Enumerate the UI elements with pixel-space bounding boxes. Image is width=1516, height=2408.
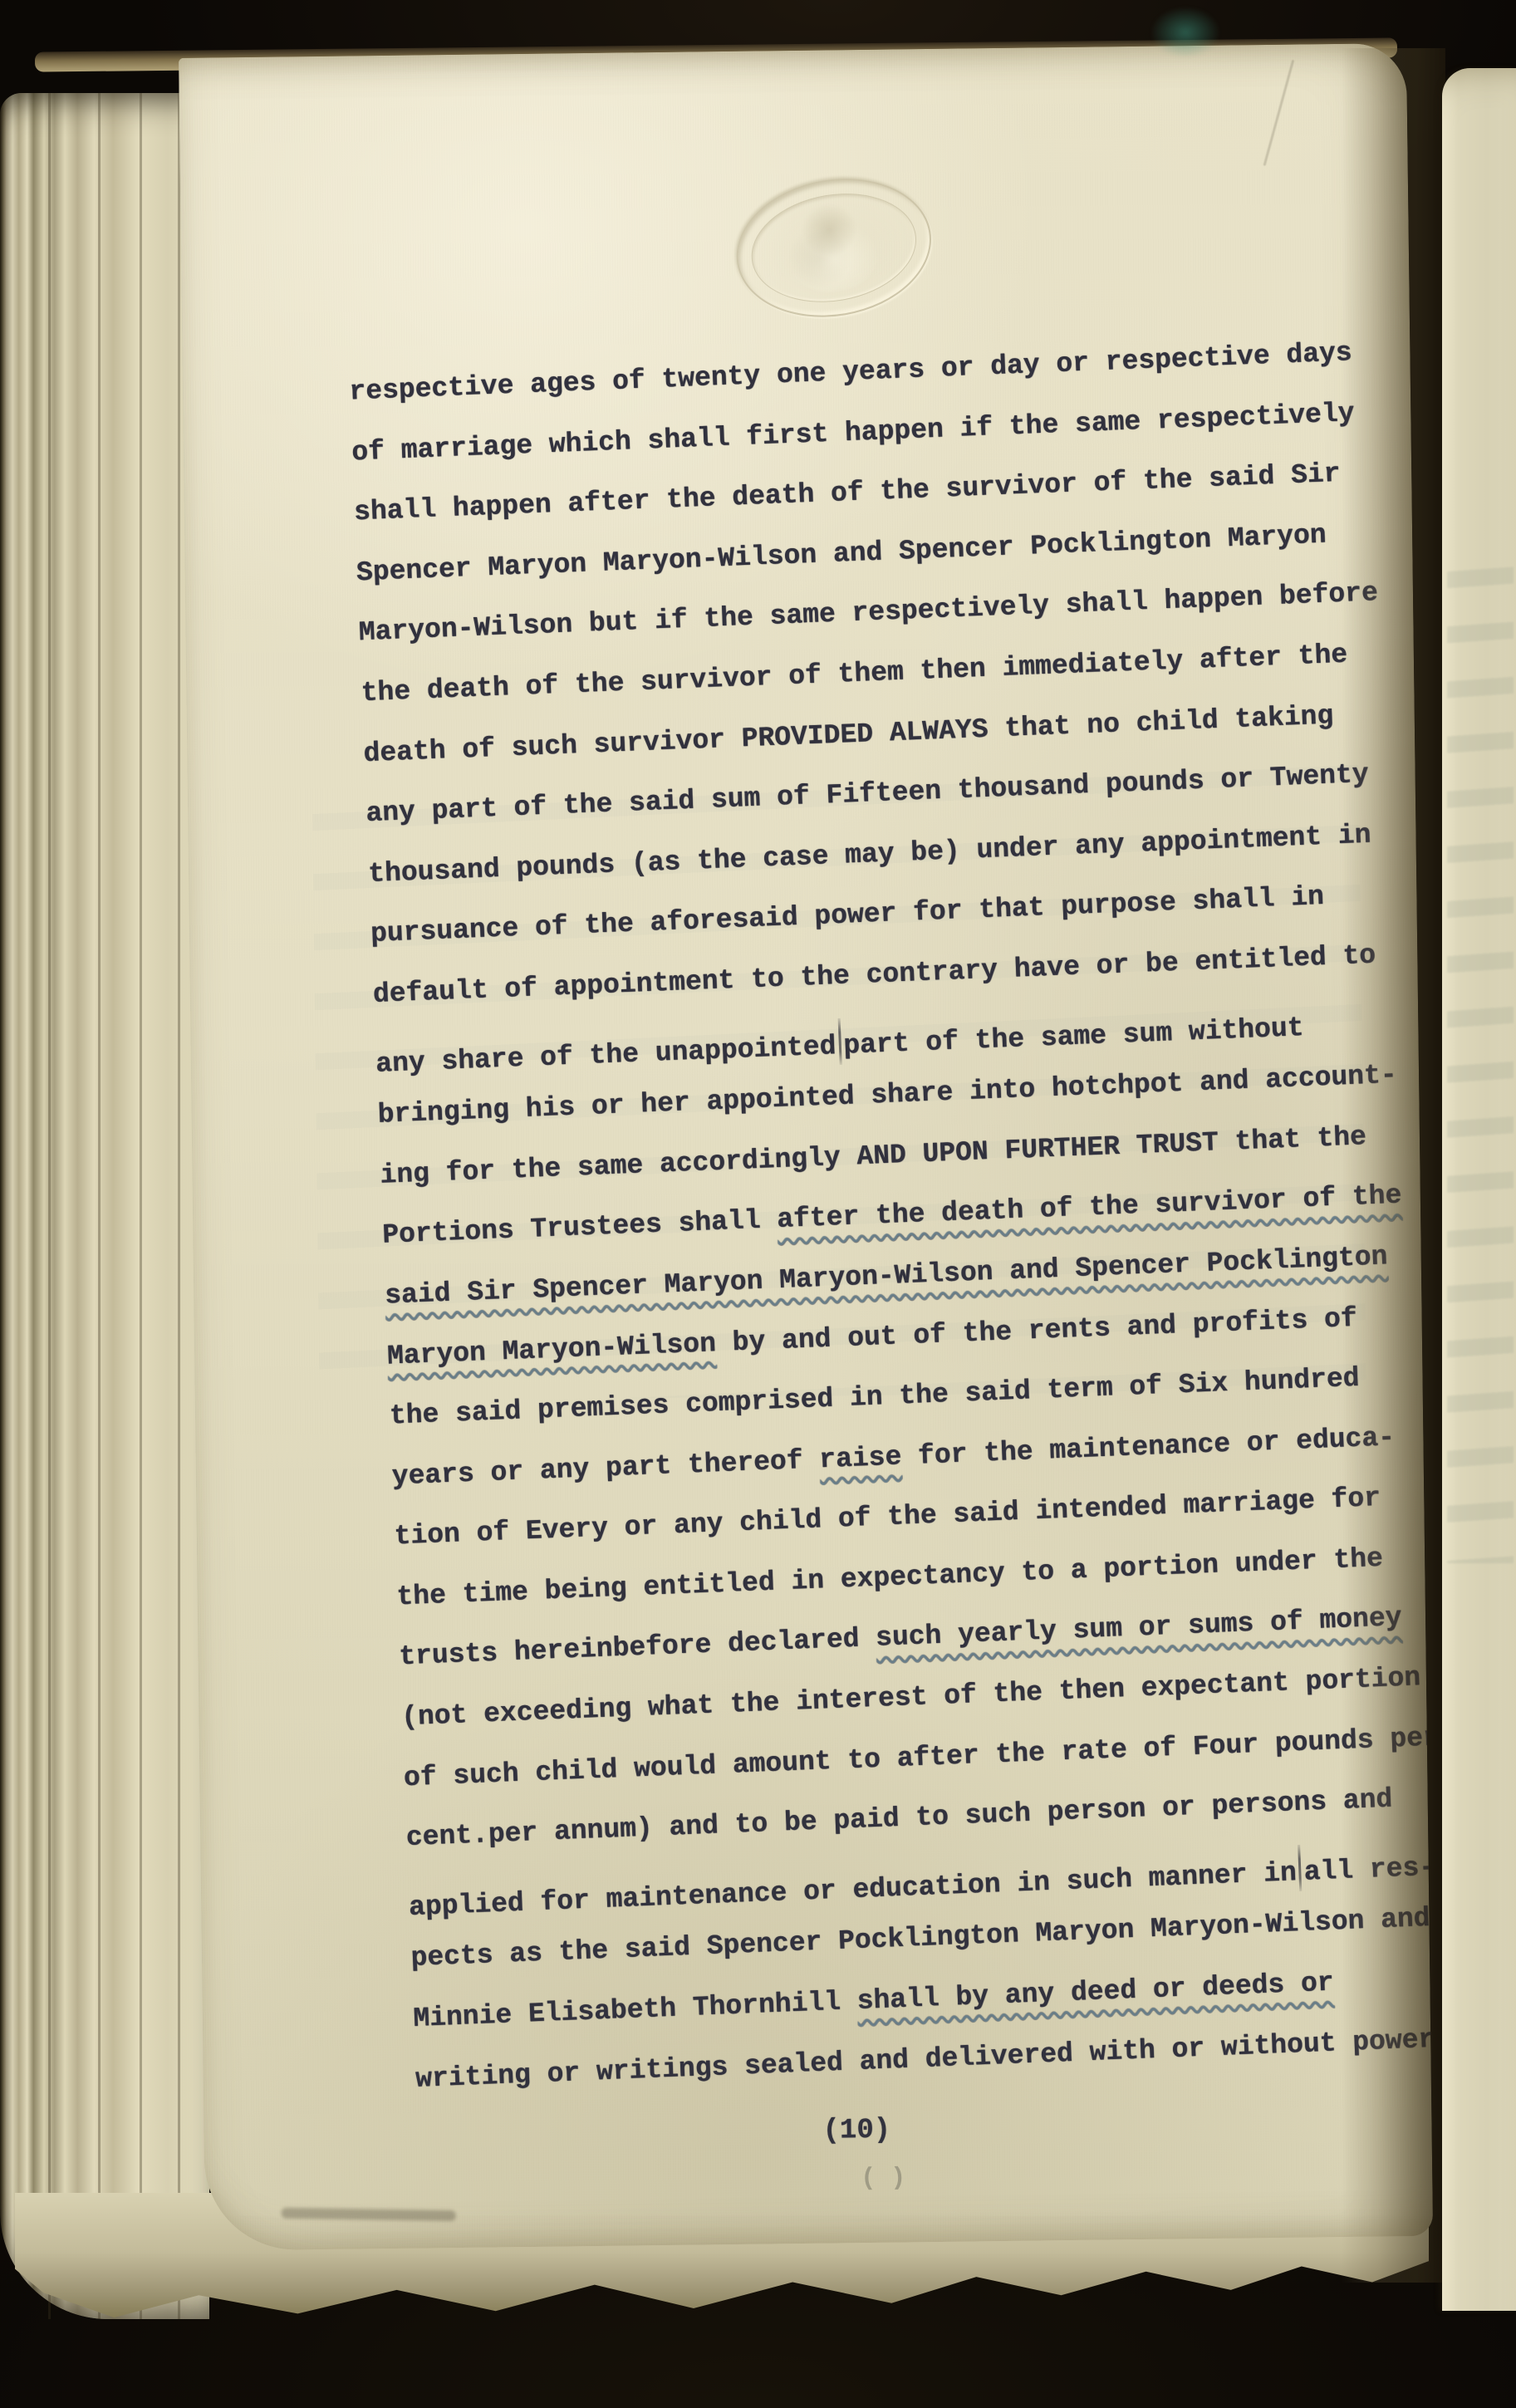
- line-segment: any share of the unappointed: [375, 1031, 837, 1080]
- line-segment: respective ages of twenty one years or d…: [349, 337, 1353, 407]
- left-page-edges: [0, 93, 209, 2319]
- pencil-smudge: [282, 2208, 456, 2221]
- pencil-scratch: [1263, 60, 1295, 166]
- pencil-insertion-mark: [837, 1018, 841, 1064]
- footer-pencil-mark: ( ): [861, 2164, 905, 2193]
- next-page-bleed-marks: [1447, 533, 1514, 1563]
- line-segment: part of the same sum without: [843, 1013, 1305, 1062]
- main-page: respective ages of twenty one years or d…: [179, 43, 1433, 2251]
- page-edge-ridge: [48, 93, 51, 2319]
- page-edge-ridge: [178, 93, 180, 2319]
- green-smudge: [1150, 7, 1220, 58]
- embossed-seal: [726, 164, 942, 331]
- pencil-insertion-mark: [1298, 1845, 1302, 1891]
- book-photo: respective ages of twenty one years or d…: [0, 0, 1516, 2408]
- line-segment: raise: [819, 1441, 902, 1475]
- page-edge-ridge: [98, 93, 101, 2319]
- page-number: (10): [822, 2115, 890, 2147]
- next-page: [1442, 68, 1516, 2311]
- page-text: respective ages of twenty one years or d…: [349, 331, 1433, 2121]
- page-edge-ridge: [140, 93, 142, 2319]
- gutter-shadow: [1342, 48, 1445, 2283]
